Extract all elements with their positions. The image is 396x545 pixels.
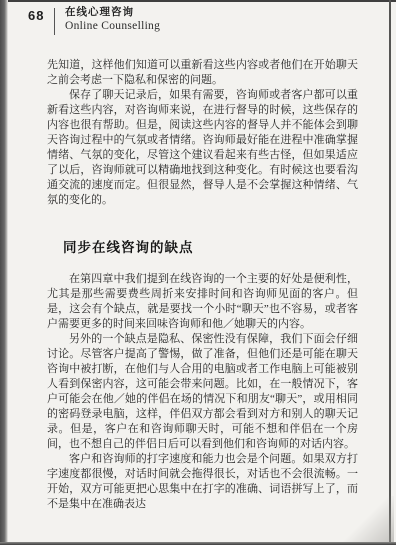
page-number: 68 (28, 7, 54, 23)
scan-edge-left (0, 0, 8, 545)
scan-edge-top (0, 0, 396, 2)
running-head: 在线心理咨询 Online Counselling (65, 7, 160, 32)
paragraph-privacy: 另外的一个缺点是隐私、保密性没有保障，我们下面会仔细讨论。尽管客户提高了警惕，做… (47, 332, 358, 452)
section-heading: 同步在线咨询的缺点 (63, 236, 358, 256)
header-divider (54, 8, 55, 35)
page-body: 先知道，这样他们知道可以重新看这些内容或者他们在开始聊天之前会考虑一下隐私和保密… (47, 58, 358, 512)
book-title-english: Online Counselling (65, 21, 160, 33)
paragraph-typing: 客户和咨询师的打字速度和能力也会是个问题。如果双方打字速度都很慢，对话时间就会拖… (47, 452, 358, 512)
paragraph-continuation: 先知道，这样他们知道可以重新看这些内容或者他们在开始聊天之前会考虑一下隐私和保密… (47, 58, 358, 88)
scan-edge-right (389, 0, 391, 545)
book-title-chinese: 在线心理咨询 (65, 7, 160, 18)
paragraph-saving-records: 保存了聊天记录后，如果有需要，咨询师或者客户都可以重新看这些内容，对咨询师来说，… (47, 88, 358, 208)
book-page: 68 在线心理咨询 Online Counselling 先知道，这样他们知道可… (0, 0, 396, 545)
page-header: 68 在线心理咨询 Online Counselling (28, 7, 356, 35)
paragraph-convenience: 在第四章中我们提到在线咨询的一个主要的好处是便利性，尤其是那些需要费些周折来安排… (47, 272, 358, 332)
